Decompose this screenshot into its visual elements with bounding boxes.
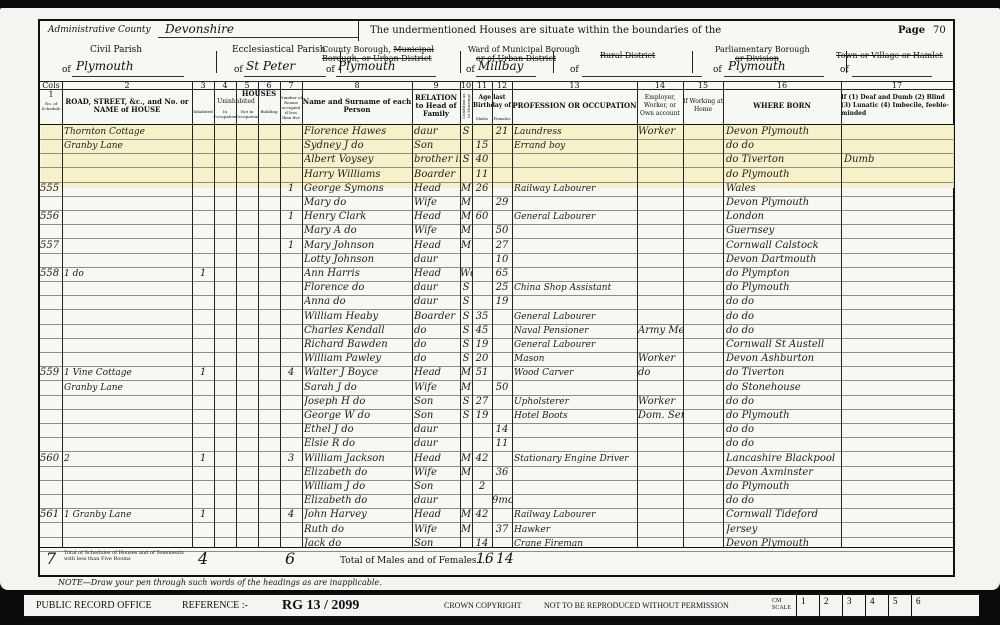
row-male-age (472, 196, 492, 210)
row-male-age: 51 (472, 366, 492, 380)
column-divider (723, 81, 724, 547)
row-employer (638, 437, 683, 451)
row-condition (460, 423, 472, 437)
col-in-occupation-header: In Occupation (214, 107, 236, 121)
col-relation-header: RELATION to Head of Family (412, 91, 460, 121)
row-road (64, 281, 192, 295)
of-label: of (466, 65, 475, 75)
row-road (64, 352, 192, 366)
row-infirmity (844, 452, 952, 466)
row-inhabited (192, 253, 214, 267)
row-at-home (683, 182, 723, 196)
table-row: 5581 do1Ann HarrisHeadWd65do Plympton (40, 267, 953, 282)
row-at-home (683, 224, 723, 238)
row-infirmity (844, 295, 952, 309)
row-schedule (40, 139, 62, 153)
row-where-born: Devon Plymouth (726, 125, 841, 139)
row-rooms (280, 125, 302, 139)
row-name: Ethel J do (304, 423, 412, 437)
column-divider (280, 81, 281, 547)
row-employer (638, 196, 683, 210)
column-divider (683, 81, 684, 547)
row-inhabited: 1 (192, 508, 214, 522)
column-divider (637, 81, 638, 547)
row-inhabited (192, 182, 214, 196)
table-row: Elsie R dodaur11do do (40, 437, 953, 452)
row-infirmity (844, 125, 952, 139)
row-where-born: do Tiverton (726, 153, 841, 167)
row-condition: M (460, 182, 472, 196)
row-name: George W do (304, 409, 412, 423)
scale-mark: 2 (819, 595, 841, 616)
row-schedule (40, 466, 62, 480)
row-condition: S (460, 125, 472, 139)
row-inhabited (192, 480, 214, 494)
row-inhabited (192, 423, 214, 437)
total-females: 14 (496, 551, 514, 567)
row-female-age (492, 537, 512, 551)
col-condition-header: Condition as to Marriage (460, 91, 472, 121)
row-road: 2 (64, 452, 192, 466)
table-row: Thornton CottageFlorence HawesdaurS21Lau… (40, 125, 953, 140)
row-occupation: Hawker (514, 523, 637, 537)
table-row: Ethel J dodaur14do do (40, 423, 953, 438)
row-schedule (40, 253, 62, 267)
row-occupation: General Labourer (514, 310, 637, 324)
row-inhabited (192, 310, 214, 324)
row-relation: Head (414, 182, 460, 196)
row-employer (638, 295, 683, 309)
row-condition: S (460, 352, 472, 366)
row-schedule (40, 381, 62, 395)
row-schedule (40, 324, 62, 338)
row-rooms (280, 324, 302, 338)
row-at-home (683, 281, 723, 295)
row-infirmity (844, 494, 952, 508)
row-condition: S (460, 338, 472, 352)
col-females-header: Females (492, 114, 512, 122)
row-occupation (514, 239, 637, 253)
row-infirmity (844, 139, 952, 153)
row-name: Richard Bawden (304, 338, 412, 352)
row-infirmity (844, 253, 952, 267)
row-inhabited (192, 324, 214, 338)
row-schedule (40, 281, 62, 295)
row-inhabited (192, 352, 214, 366)
row-at-home (683, 437, 723, 451)
parl-value: Plymouth (728, 59, 786, 73)
row-male-age: 35 (472, 310, 492, 324)
row-female-age (492, 352, 512, 366)
row-female-age: 25 (492, 281, 512, 295)
row-employer: Worker (638, 352, 683, 366)
row-rooms (280, 196, 302, 210)
row-where-born: do Plymouth (726, 168, 841, 182)
row-employer (638, 537, 683, 551)
row-rooms: 1 (280, 239, 302, 253)
row-at-home (683, 239, 723, 253)
row-male-age (472, 253, 492, 267)
row-condition: M (460, 508, 472, 522)
row-employer: Dom. Serv. (638, 409, 683, 423)
row-schedule: 561 (40, 508, 62, 522)
row-name: William J do (304, 480, 412, 494)
row-rooms (280, 338, 302, 352)
column-divider (214, 81, 215, 547)
table-row: Harry WilliamsBoarder11do Plymouth (40, 168, 953, 183)
row-rooms (280, 523, 302, 537)
row-occupation (514, 466, 637, 480)
row-infirmity (844, 437, 952, 451)
row-name: Mary Johnson (304, 239, 412, 253)
row-rooms (280, 466, 302, 480)
row-road (64, 253, 192, 267)
row-road: 1 do (64, 267, 192, 281)
row-name: Elizabeth do (304, 466, 412, 480)
row-road: Granby Lane (64, 139, 192, 153)
row-employer (638, 210, 683, 224)
row-schedule (40, 480, 62, 494)
row-relation: Head (414, 452, 460, 466)
row-employer: do (638, 366, 683, 380)
total-males: 16 (476, 551, 494, 567)
scale-mark: 6 (911, 595, 933, 616)
row-employer (638, 423, 683, 437)
row-condition: Wd (460, 267, 472, 281)
row-rooms (280, 437, 302, 451)
row-name: Walter J Boyce (304, 366, 412, 380)
row-at-home (683, 295, 723, 309)
row-name: Ruth do (304, 523, 412, 537)
row-relation: Head (414, 508, 460, 522)
row-relation: Head (414, 267, 460, 281)
row-name: Harry Williams (304, 168, 412, 182)
row-at-home (683, 537, 723, 551)
col-rooms-header: Number of Rooms occupied if less than fi… (280, 93, 302, 121)
row-schedule: 558 (40, 267, 62, 281)
row-schedule: 555 (40, 182, 62, 196)
table-row: Florence dodaurS25China Shop Assistantdo… (40, 281, 953, 296)
row-condition: M (460, 224, 472, 238)
scale-mark: 3 (842, 595, 864, 616)
table-row: 5551George SymonsHeadM26Railway Labourer… (40, 182, 953, 197)
row-female-age: 65 (492, 267, 512, 281)
row-occupation (514, 480, 637, 494)
row-infirmity (844, 310, 952, 324)
row-male-age (472, 423, 492, 437)
row-female-age: 29 (492, 196, 512, 210)
column-number: 17 (841, 81, 953, 90)
row-occupation: Naval Pensioner (514, 324, 637, 338)
row-name: William Jackson (304, 452, 412, 466)
scale-mark: 1 (796, 595, 818, 616)
scale-mark: 5 (888, 595, 910, 616)
table-row: George W doSonS19Hotel BootsDom. Serv.do… (40, 409, 953, 424)
row-condition: M (460, 366, 472, 380)
row-rooms: 1 (280, 210, 302, 224)
totals-label: Total of Schedules of Houses and of Tene… (64, 550, 184, 562)
row-where-born: do do (726, 395, 841, 409)
row-relation: Wife (414, 523, 460, 537)
column-number: 8 (302, 81, 412, 90)
row-name: William Pawley (304, 352, 412, 366)
row-male-age (472, 267, 492, 281)
row-condition: M (460, 210, 472, 224)
row-inhabited (192, 125, 214, 139)
row-employer (638, 381, 683, 395)
row-rooms (280, 295, 302, 309)
page-number: 70 (933, 25, 946, 36)
row-road (64, 295, 192, 309)
footer-reference: RG 13 / 2099 (282, 595, 359, 616)
row-condition (460, 494, 472, 508)
row-condition (460, 480, 472, 494)
row-schedule (40, 224, 62, 238)
parl-label-a: Parliamentary Borough (715, 45, 810, 54)
row-road (64, 196, 192, 210)
row-schedule (40, 310, 62, 324)
row-where-born: do do (726, 139, 841, 153)
table-row: Charles KendalldoS45Naval PensionerArmy … (40, 324, 953, 339)
of-label: of (840, 65, 849, 75)
row-at-home (683, 125, 723, 139)
col-males-header: Males (472, 114, 492, 122)
row-where-born: Devon Ashburton (726, 352, 841, 366)
table-row: William PawleydoS20MasonWorkerDevon Ashb… (40, 352, 953, 367)
row-at-home (683, 139, 723, 153)
column-number: 11 (472, 81, 492, 90)
total-inhabited: 4 (198, 549, 208, 568)
row-relation: Wife (414, 466, 460, 480)
col-road-header: ROAD, STREET, &c., and No. or NAME of HO… (62, 91, 192, 121)
column-number: 13 (512, 81, 637, 90)
row-infirmity (844, 423, 952, 437)
row-female-age (492, 210, 512, 224)
row-employer (638, 466, 683, 480)
row-road (64, 224, 192, 238)
row-at-home (683, 395, 723, 409)
row-condition (460, 437, 472, 451)
row-where-born: do do (726, 324, 841, 338)
row-male-age (472, 381, 492, 395)
row-at-home (683, 352, 723, 366)
row-relation: daur (414, 125, 460, 139)
row-relation: Son (414, 409, 460, 423)
county-borough-value: Plymouth (338, 59, 396, 73)
row-condition (460, 253, 472, 267)
total-schedules: 7 (46, 549, 56, 568)
row-road (64, 423, 192, 437)
row-occupation: General Labourer (514, 338, 637, 352)
row-condition: S (460, 395, 472, 409)
row-relation: daur (414, 295, 460, 309)
row-where-born: do do (726, 295, 841, 309)
row-condition: M (460, 452, 472, 466)
row-infirmity (844, 182, 952, 196)
row-where-born: do Plymouth (726, 281, 841, 295)
row-condition: S (460, 295, 472, 309)
row-where-born: Cornwall Tideford (726, 508, 841, 522)
row-name: Anna do (304, 295, 412, 309)
column-number: 9 (412, 81, 460, 90)
table-row: William J doSon2do Plymouth (40, 480, 953, 495)
row-female-age (492, 168, 512, 182)
column-divider (302, 81, 303, 547)
row-female-age: 50 (492, 224, 512, 238)
row-road: 1 Vine Cottage (64, 366, 192, 380)
row-relation: Son (414, 537, 460, 551)
row-female-age: 21 (492, 125, 512, 139)
row-inhabited (192, 338, 214, 352)
row-female-age: 11 (492, 437, 512, 451)
admin-county-label: Administrative County (48, 25, 151, 35)
row-road (64, 466, 192, 480)
row-male-age (472, 125, 492, 139)
of-label: of (326, 65, 335, 75)
row-infirmity (844, 508, 952, 522)
row-inhabited (192, 168, 214, 182)
row-inhabited: 1 (192, 366, 214, 380)
column-number: 2 (62, 81, 192, 90)
row-where-born: do Stonehouse (726, 381, 841, 395)
row-schedule: 560 (40, 452, 62, 466)
row-name: Sarah J do (304, 381, 412, 395)
row-female-age (492, 338, 512, 352)
col-occupation-header: PROFESSION OR OCCUPATION (512, 91, 637, 121)
row-female-age (492, 310, 512, 324)
row-road (64, 409, 192, 423)
row-relation: Son (414, 139, 460, 153)
row-inhabited: 1 (192, 267, 214, 281)
row-name: George Symons (304, 182, 412, 196)
row-schedule (40, 423, 62, 437)
footer-office: PUBLIC RECORD OFFICE (36, 595, 152, 616)
row-employer (638, 182, 683, 196)
row-inhabited: 1 (192, 452, 214, 466)
row-at-home (683, 153, 723, 167)
column-divider (492, 81, 493, 547)
row-name: William Heaby (304, 310, 412, 324)
row-male-age (472, 437, 492, 451)
row-male-age (472, 239, 492, 253)
row-rooms (280, 310, 302, 324)
row-occupation (514, 437, 637, 451)
row-schedule (40, 409, 62, 423)
row-schedule (40, 168, 62, 182)
row-at-home (683, 494, 723, 508)
row-name: Lotty Johnson (304, 253, 412, 267)
row-rooms (280, 480, 302, 494)
of-label: of (570, 65, 579, 75)
ward-value: Millbay (478, 59, 523, 73)
row-rooms: 4 (280, 508, 302, 522)
row-condition: S (460, 409, 472, 423)
row-name: John Harvey (304, 508, 412, 522)
census-form: Administrative County Devonshire The und… (38, 19, 955, 577)
civil-parish-label: Civil Parish (90, 45, 142, 55)
row-at-home (683, 423, 723, 437)
row-inhabited (192, 210, 214, 224)
row-occupation: Upholsterer (514, 395, 637, 409)
table-row: Joseph H doSonS27UpholstererWorkerdo do (40, 395, 953, 410)
row-male-age: 42 (472, 452, 492, 466)
row-infirmity (844, 395, 952, 409)
row-occupation (514, 196, 637, 210)
row-inhabited (192, 139, 214, 153)
row-road (64, 168, 192, 182)
row-female-age: 27 (492, 239, 512, 253)
table-row: Mary doWifeM29Devon Plymouth (40, 196, 953, 211)
col-inhabited-header: Inhabited (192, 101, 214, 121)
row-relation: do (414, 352, 460, 366)
row-name: Ann Harris (304, 267, 412, 281)
row-infirmity (844, 366, 952, 380)
footer-scale-label: CM SCALE (772, 598, 794, 619)
row-condition (460, 537, 472, 551)
row-infirmity: Dumb (844, 153, 952, 167)
table-row: Albert Voyseybrother in lawS40do Tiverto… (40, 153, 953, 168)
row-female-age (492, 153, 512, 167)
row-road: Granby Lane (64, 381, 192, 395)
row-employer (638, 452, 683, 466)
row-at-home (683, 381, 723, 395)
row-where-born: do do (726, 423, 841, 437)
row-male-age: 15 (472, 139, 492, 153)
row-schedule (40, 153, 62, 167)
row-schedule (40, 437, 62, 451)
row-female-age (492, 480, 512, 494)
row-at-home (683, 452, 723, 466)
table-row: Elizabeth dodaur9modo do (40, 494, 953, 509)
column-number: 14 (637, 81, 683, 90)
row-inhabited (192, 523, 214, 537)
row-at-home (683, 466, 723, 480)
row-employer (638, 338, 683, 352)
row-employer: Worker (638, 125, 683, 139)
row-road (64, 310, 192, 324)
row-rooms (280, 423, 302, 437)
row-female-age: 9mo (492, 494, 512, 508)
county-borough-label: County Borough, Municipal (322, 45, 434, 54)
row-where-born: do do (726, 310, 841, 324)
row-infirmity (844, 409, 952, 423)
row-relation: Head (414, 210, 460, 224)
row-road (64, 210, 192, 224)
row-name: Florence do (304, 281, 412, 295)
row-female-age: 19 (492, 295, 512, 309)
row-female-age: 50 (492, 381, 512, 395)
row-occupation (514, 153, 637, 167)
row-at-home (683, 366, 723, 380)
column-number: 15 (683, 81, 723, 90)
row-schedule (40, 295, 62, 309)
row-where-born: do do (726, 494, 841, 508)
row-rooms (280, 352, 302, 366)
row-at-home (683, 168, 723, 182)
of-label: of (62, 65, 71, 75)
row-occupation: Errand boy (514, 139, 637, 153)
total-rooms: 6 (285, 549, 295, 568)
row-where-born: do Plympton (726, 267, 841, 281)
row-at-home (683, 310, 723, 324)
row-name: Mary do (304, 196, 412, 210)
row-name: Florence Hawes (304, 125, 412, 139)
row-schedule (40, 494, 62, 508)
row-where-born: Guernsey (726, 224, 841, 238)
row-at-home (683, 409, 723, 423)
row-where-born: Jersey (726, 523, 841, 537)
row-occupation: Railway Labourer (514, 182, 637, 196)
